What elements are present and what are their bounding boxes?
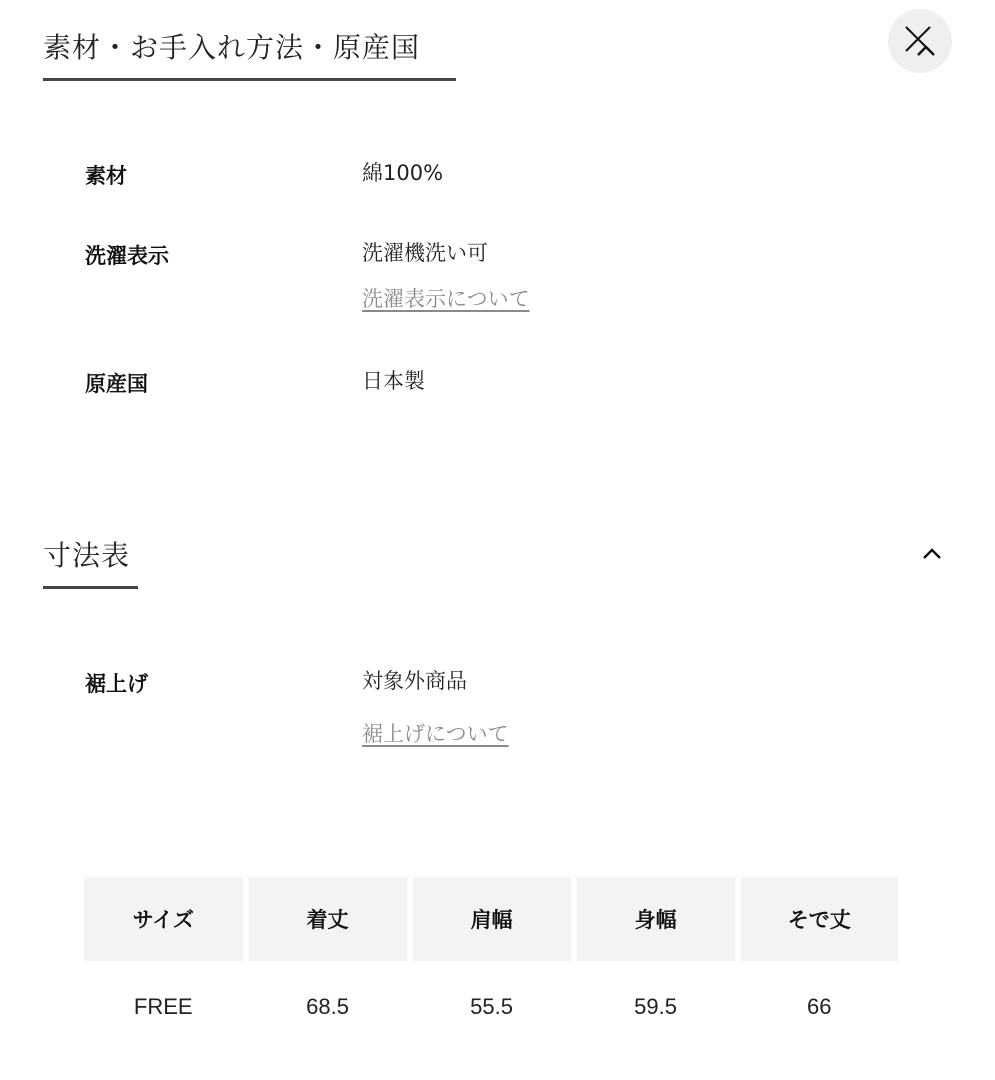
hem-label: 裾上げ <box>85 668 148 698</box>
close-icon <box>900 21 940 61</box>
header-shoulder: 肩幅 <box>413 877 571 961</box>
close-button[interactable] <box>888 9 952 73</box>
materials-section-title[interactable]: 素材・お手入れ方法・原産国 <box>43 26 456 81</box>
washing-label: 洗濯表示 <box>85 240 169 270</box>
header-length: 着丈 <box>249 877 407 961</box>
cell-sleeve: 66 <box>741 961 898 1053</box>
hem-value: 対象外商品 <box>362 671 467 692</box>
origin-label: 原産国 <box>85 368 148 398</box>
cell-chest: 59.5 <box>577 961 735 1053</box>
header-sleeve: そで丈 <box>741 877 898 961</box>
origin-value: 日本製 <box>362 371 425 392</box>
cell-shoulder: 55.5 <box>413 961 571 1053</box>
material-value: 綿100% <box>362 163 443 184</box>
cell-size: FREE <box>84 961 243 1053</box>
header-size: サイズ <box>84 877 243 961</box>
material-label: 素材 <box>85 160 127 190</box>
cell-length: 68.5 <box>249 961 407 1053</box>
size-table: サイズ 着丈 肩幅 身幅 そで丈 FREE 68.5 55.5 59.5 66 <box>78 877 904 1053</box>
table-row: FREE 68.5 55.5 59.5 66 <box>84 961 898 1053</box>
washing-info-link[interactable]: 洗濯表示について <box>362 283 530 313</box>
header-chest: 身幅 <box>577 877 735 961</box>
size-table-header-row: サイズ 着丈 肩幅 身幅 そで丈 <box>84 877 898 961</box>
hem-info-link[interactable]: 裾上げについて <box>362 718 509 748</box>
chevron-up-icon[interactable] <box>918 542 946 564</box>
washing-value: 洗濯機洗い可 <box>362 243 488 264</box>
size-section-title[interactable]: 寸法表 <box>43 534 138 589</box>
